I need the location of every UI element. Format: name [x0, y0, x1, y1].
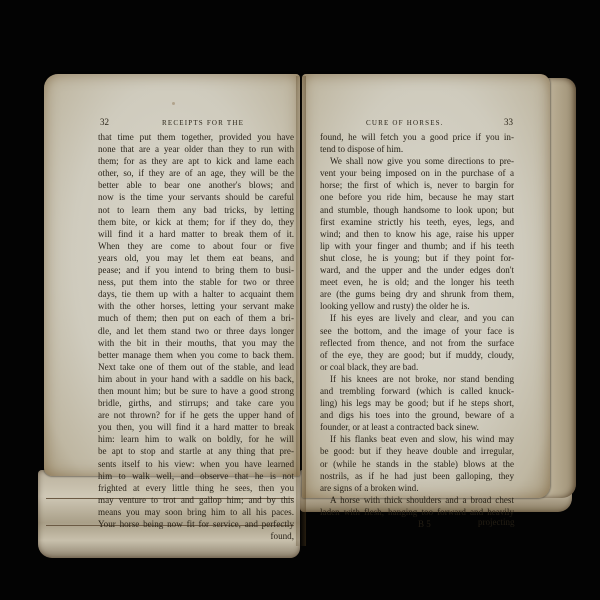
- text-line: horse; the first of which is, never to b…: [320, 179, 514, 191]
- text-line: sents itself to his view: when you have …: [98, 458, 294, 470]
- text-line: Next take one of them out of the stable,…: [98, 361, 294, 373]
- text-line: means you may soon bring him to all his …: [98, 506, 294, 518]
- text-line: bridle, girths, and stirrups; and take c…: [98, 397, 294, 409]
- text-line: him: learn him to walk on boldly, for he…: [98, 433, 294, 445]
- text-line: may venture to trot and gallop him; and …: [98, 494, 294, 506]
- open-book-photo: 32 RECEIPTS FOR THE that time put them t…: [0, 0, 600, 600]
- text-line: ling) his legs may be good; but if he st…: [320, 397, 514, 409]
- text-line: days, tie them up with a halter to acqua…: [98, 288, 294, 300]
- text-line: are (the gums being dry and shrunk from …: [320, 288, 514, 300]
- text-line: years old, you may let them eat beans, a…: [98, 252, 294, 264]
- right-page: CURE OF HORSES. 33 found, he will fetch …: [302, 74, 550, 498]
- text-line: and trembling forward (which is called k…: [320, 385, 514, 397]
- text-line: wind; and then to know his age, raise hi…: [320, 228, 514, 240]
- text-line: first examine strictly his teeth, eyes, …: [320, 216, 514, 228]
- running-head-left: RECEIPTS FOR THE: [162, 119, 244, 127]
- text-line: and stumble, though handsome to look upo…: [320, 204, 514, 216]
- text-line: are not thrown? for if he gets the upper…: [98, 409, 294, 421]
- text-line: with the other horses, letting your serv…: [98, 300, 294, 312]
- text-line: We shall now give you some directions to…: [320, 155, 514, 167]
- text-line: better able to bear one another's blows;…: [98, 179, 294, 191]
- text-line: not to learn them any bad tricks, by let…: [98, 204, 294, 216]
- text-line: When they are come to about four or five: [98, 240, 294, 252]
- text-line: founder, or at least a contracted back s…: [320, 421, 514, 433]
- text-line: will find it a hard matter to break them…: [98, 228, 294, 240]
- page-number-left: 32: [100, 117, 109, 127]
- text-line: none that are a year older than they to …: [98, 143, 294, 155]
- catchword: projecting: [478, 517, 515, 527]
- text-line: vent your being imposed on in the purcha…: [320, 167, 514, 179]
- text-line: see the bottom, and the image of your fa…: [320, 325, 514, 337]
- text-line: now is the time your servants should be …: [98, 191, 294, 203]
- text-line: found, he will fetch you a good price if…: [320, 131, 514, 143]
- text-line: them; for as they are apt to kick and la…: [98, 155, 294, 167]
- right-page-text: found, he will fetch you a good price if…: [320, 131, 514, 518]
- text-line: dle, and let them stand two or three day…: [98, 325, 294, 337]
- text-line: other, so, if they are of an age, they w…: [98, 167, 294, 179]
- text-line: shut close, he is young; but if they poi…: [320, 252, 514, 264]
- text-line: or coal black, they are bad.: [320, 361, 514, 373]
- text-line: him to walk well, and observe that he is…: [98, 470, 294, 482]
- page-number-right: 33: [504, 117, 513, 127]
- text-line: are signs of a broken wind.: [320, 482, 514, 494]
- text-line: A horse with thick shoulders and a broad…: [320, 494, 514, 506]
- text-line: If his eyes are lively and clear, and yo…: [320, 312, 514, 324]
- text-line: then mount him; but be sure to have a go…: [98, 385, 294, 397]
- text-line: or (while he stands in the stable) blows…: [320, 458, 514, 470]
- text-line: with the bit in their mouths, that you m…: [98, 337, 294, 349]
- text-line: be good: but if they heave double and ir…: [320, 445, 514, 457]
- text-line: much of them; then put on each of them a…: [98, 312, 294, 324]
- text-line: you then, you will find it a hard matter…: [98, 421, 294, 433]
- left-page-text: that time put them together, provided yo…: [98, 131, 294, 542]
- text-line: them bite, or kick at them; for if they …: [98, 216, 294, 228]
- text-line: nostrils, as if he had just been gallopi…: [320, 470, 514, 482]
- text-line: tend to dispose of him.: [320, 143, 514, 155]
- text-line: reflected from thence, and not from the …: [320, 337, 514, 349]
- text-line: and digs his toes into the ground, bewar…: [320, 409, 514, 421]
- text-line: of the eye, they are good; but if muddy,…: [320, 349, 514, 361]
- signature-mark: B 5: [418, 519, 431, 529]
- text-line: one before you ride him, because he may …: [320, 191, 514, 203]
- text-line: looking yellow and rusty) the older he i…: [320, 300, 514, 312]
- text-line: be apt to stop and startle at any thing …: [98, 445, 294, 457]
- text-line: him about in your hand with a saddle on …: [98, 373, 294, 385]
- left-page: 32 RECEIPTS FOR THE that time put them t…: [44, 74, 300, 476]
- ink-spot: [172, 102, 175, 105]
- text-line: ness, put them into the stable for two o…: [98, 276, 294, 288]
- text-line: meet even, he is old; and the longer his…: [320, 276, 514, 288]
- running-head-right: CURE OF HORSES.: [366, 119, 444, 127]
- book-gutter: [296, 76, 306, 546]
- text-line: pease; and if you intend to bring them t…: [98, 264, 294, 276]
- text-line: lip with your finger and thumb; and if h…: [320, 240, 514, 252]
- text-line: better manage them when you come to back…: [98, 349, 294, 361]
- text-line: frighted at every little thing he sees, …: [98, 482, 294, 494]
- text-line: Your horse being now fit for service, an…: [98, 518, 294, 530]
- text-line: found,: [98, 530, 294, 542]
- text-line: that time put them together, provided yo…: [98, 131, 294, 143]
- text-line: ward, and the upper and the under edges …: [320, 264, 514, 276]
- text-line: If his knees are not broke, nor stand be…: [320, 373, 514, 385]
- text-line: If his flanks beat even and slow, his wi…: [320, 433, 514, 445]
